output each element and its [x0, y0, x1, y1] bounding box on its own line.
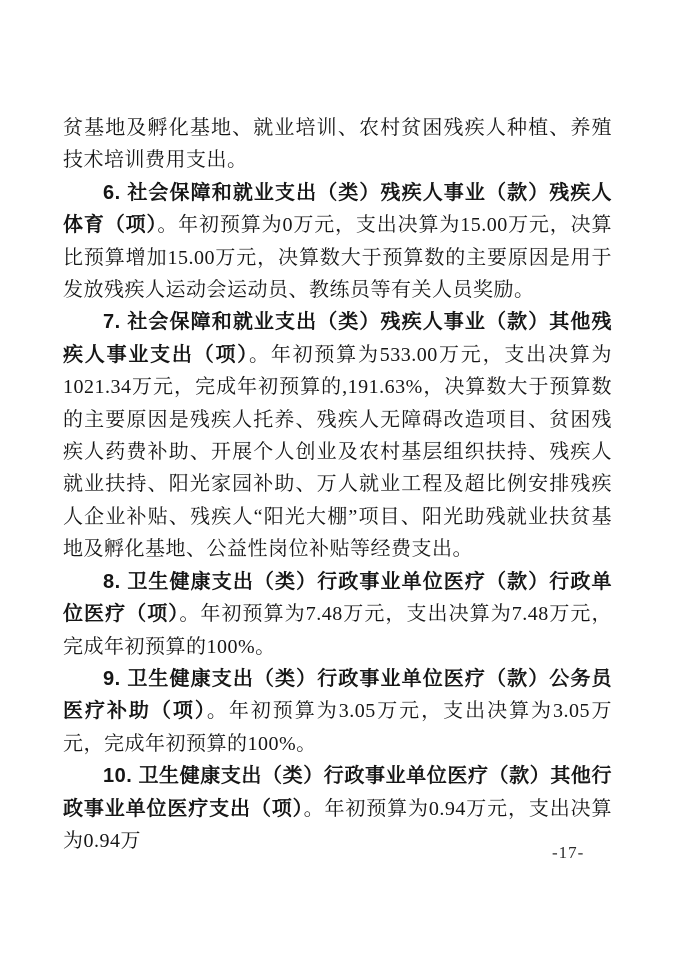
document-page: 贫基地及孵化基地、就业培训、农村贫困残疾人种植、养殖技术培训费用支出。6. 社会…: [0, 0, 674, 954]
paragraph: 10. 卫生健康支出（类）行政事业单位医疗（款）其他行政事业单位医疗支出（项）。…: [63, 760, 612, 857]
document-body: 贫基地及孵化基地、就业培训、农村贫困残疾人种植、养殖技术培训费用支出。6. 社会…: [63, 112, 612, 857]
paragraph: 7. 社会保障和就业支出（类）残疾人事业（款）其他残疾人事业支出（项）。年初预算…: [63, 306, 612, 565]
paragraph: 9. 卫生健康支出（类）行政事业单位医疗（款）公务员医疗补助（项）。年初预算为3…: [63, 663, 612, 760]
page-number: -17-: [552, 843, 584, 863]
paragraph: 8. 卫生健康支出（类）行政事业单位医疗（款）行政单位医疗（项）。年初预算为7.…: [63, 566, 612, 663]
paragraph: 6. 社会保障和就业支出（类）残疾人事业（款）残疾人体育（项）。年初预算为0万元…: [63, 177, 612, 307]
body-text-segment: 贫基地及孵化基地、就业培训、农村贫困残疾人种植、养殖技术培训费用支出。: [63, 117, 612, 171]
body-text-segment: 。年初预算为533.00万元，支出决算为1021.34万元，完成年初预算的,19…: [63, 344, 612, 560]
paragraph: 贫基地及孵化基地、就业培训、农村贫困残疾人种植、养殖技术培训费用支出。: [63, 112, 612, 177]
